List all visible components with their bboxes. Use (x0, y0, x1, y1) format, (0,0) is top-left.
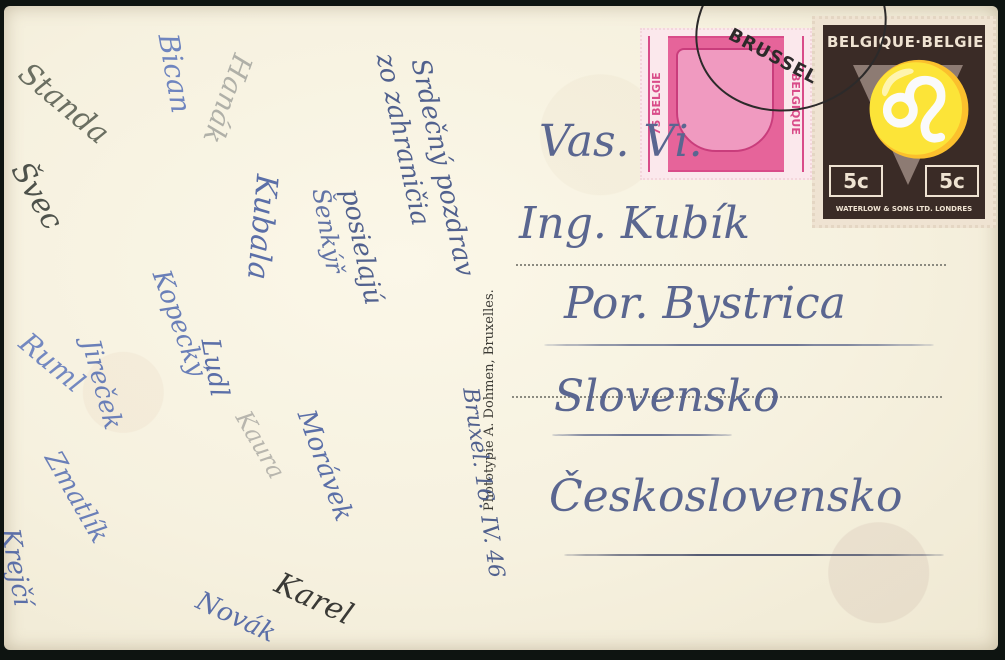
signature: Bican (152, 31, 198, 115)
underline (564, 554, 944, 556)
signature: Kaura (230, 406, 291, 484)
lion-icon: ♌ (863, 65, 975, 155)
signature: Novák (191, 586, 280, 649)
signature: Morávek (291, 406, 359, 525)
signature: Kubala (240, 173, 284, 281)
signature: Zmatlík (38, 446, 115, 549)
signature: Švec (4, 156, 70, 236)
address-line-3: Por. Bystrica (564, 278, 846, 329)
stamp-value: 5c (829, 165, 883, 197)
signature: Standa (12, 56, 116, 152)
stamp-value: 5c (925, 165, 979, 197)
address-line-1: Vas. Vi. (539, 116, 703, 167)
address-dotted-line (516, 264, 946, 266)
postcard: 75 BELGIE BELGIQUE BELGIQUE·BELGIE ♌ 5c … (4, 6, 998, 650)
address-line-5: Československo (549, 471, 903, 522)
message-date: Bruxel. 16. IV. 46 (457, 386, 508, 580)
underline (544, 344, 934, 346)
stamp-printer: WATERLOW & SONS LTD. LONDRES (823, 205, 985, 213)
signature: Ludl (194, 336, 234, 399)
signature: Hanák (196, 50, 259, 149)
address-line-4: Slovensko (554, 371, 780, 422)
address-line-2: Ing. Kubík (519, 198, 750, 249)
signature: Jireček (75, 336, 128, 433)
underline (552, 434, 732, 436)
signature: Krejčí (4, 526, 38, 608)
signature: Karel (269, 566, 358, 632)
